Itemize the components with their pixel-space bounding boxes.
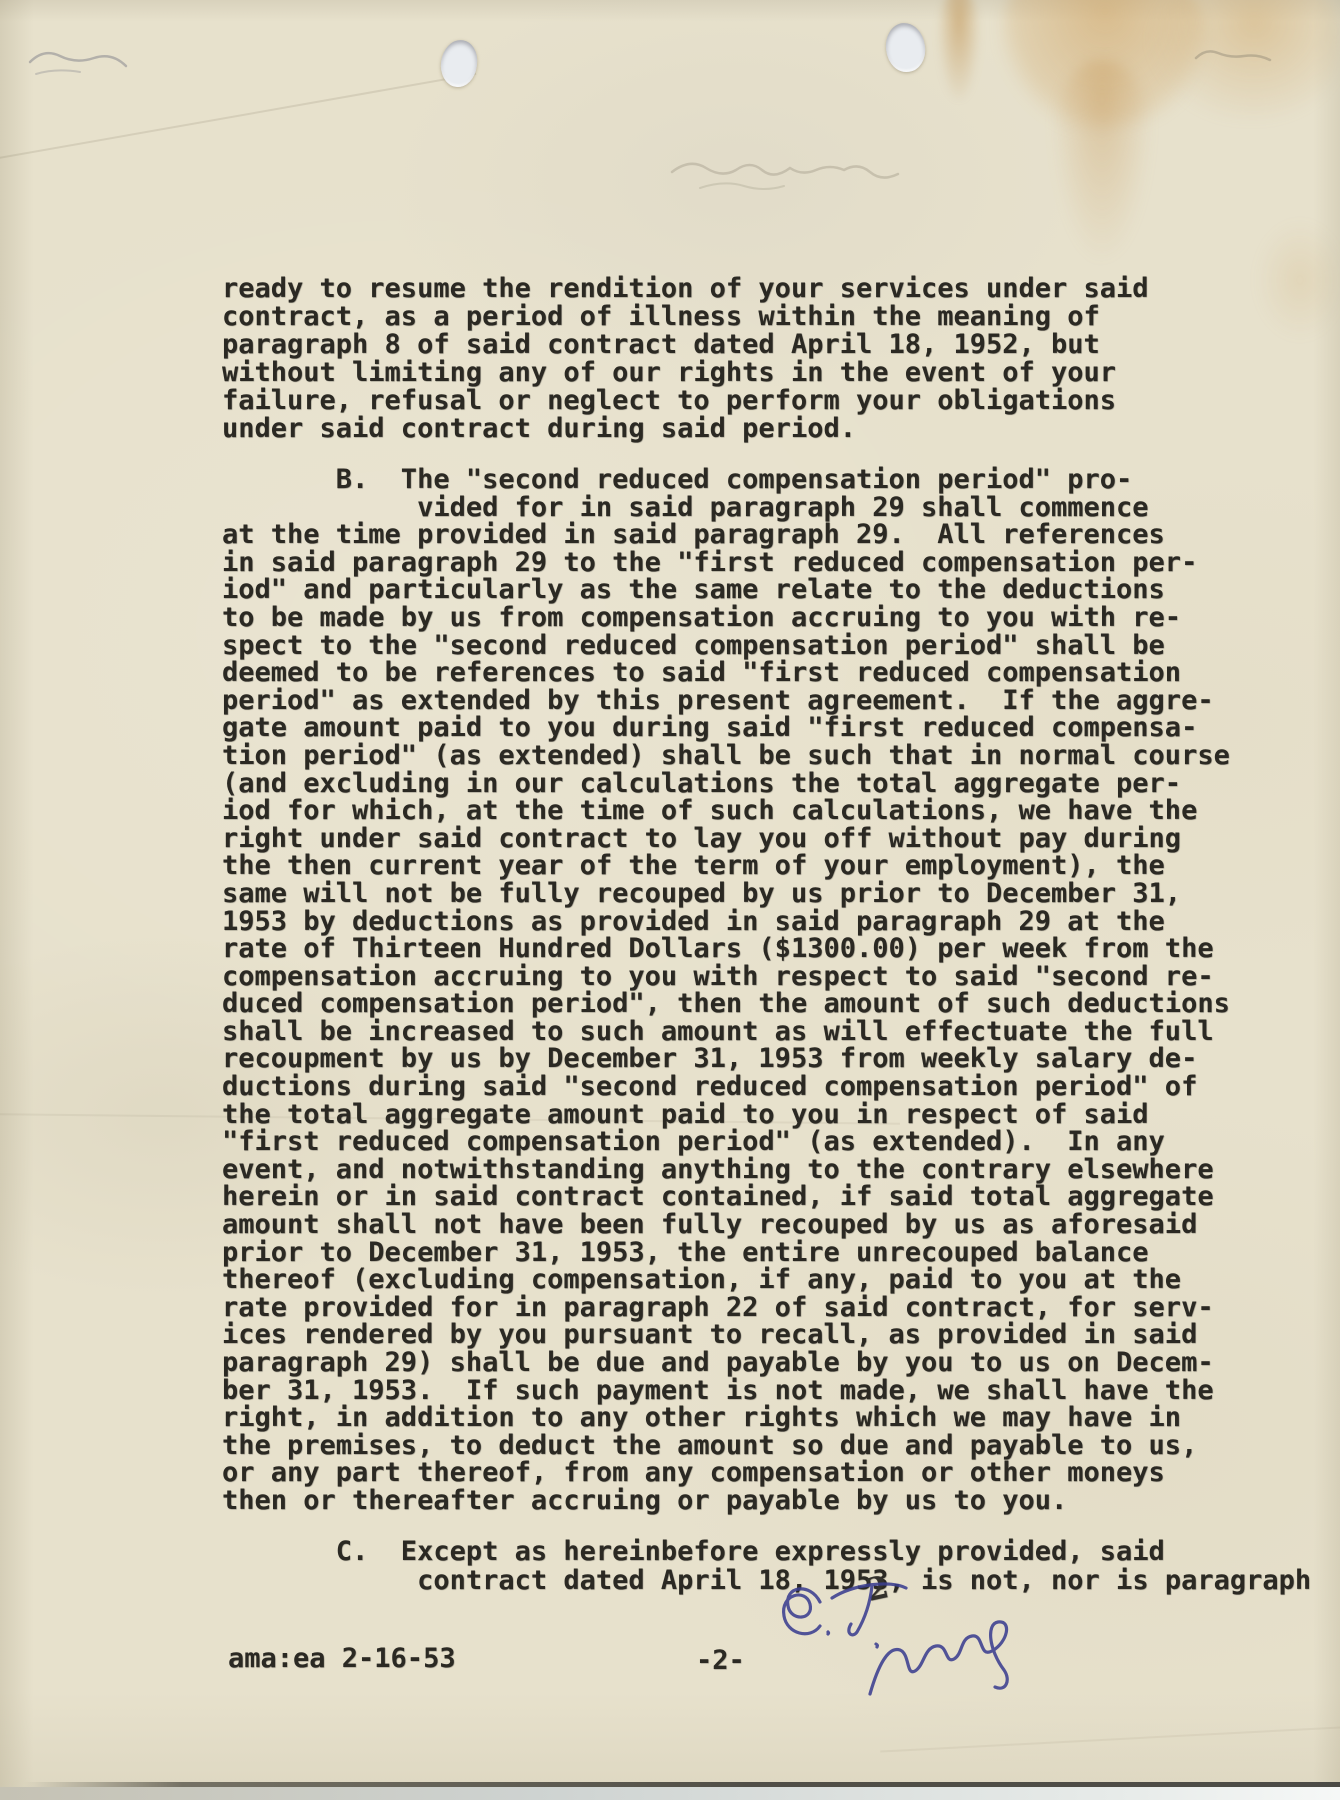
paper-crease	[0, 73, 476, 165]
paragraph-continuation: ready to resume the rendition of your se…	[222, 275, 1149, 443]
typewritten-line: ductions during said "second reduced com…	[222, 1073, 1230, 1101]
typewritten-line: under said contract during said period.	[222, 415, 1149, 443]
paragraph-b: B. The "second reduced compensation peri…	[222, 466, 1230, 1515]
typewritten-line: without limiting any of our rights in th…	[222, 359, 1149, 387]
typewritten-line: right under said contract to lay you off…	[222, 825, 1230, 853]
typewritten-line: (and excluding in our calculations the t…	[222, 770, 1230, 798]
coffee-stain	[1052, 60, 1152, 260]
typewritten-line: herein or in said contract contained, if…	[222, 1183, 1230, 1211]
faint-pencil-marks	[0, 0, 1340, 260]
typewritten-line: recoupment by us by December 31, 1953 fr…	[222, 1045, 1230, 1073]
typewritten-line: B. The "second reduced compensation peri…	[222, 466, 1230, 494]
typewritten-line: tion period" (as extended) shall be such…	[222, 742, 1230, 770]
page-number: -2-	[696, 1645, 745, 1676]
typewritten-line: rate provided for in paragraph 22 of sai…	[222, 1294, 1230, 1322]
typewritten-line: spect to the "second reduced compensatio…	[222, 632, 1230, 660]
typewritten-line: right, in addition to any other rights w…	[222, 1404, 1230, 1432]
punch-hole-left	[438, 38, 479, 89]
typewritten-line: iod" and particularly as the same relate…	[222, 576, 1230, 604]
typewritten-line: deemed to be references to said "first r…	[222, 659, 1230, 687]
typewritten-line: rate of Thirteen Hundred Dollars ($1300.…	[222, 935, 1230, 963]
typewritten-line: paragraph 29) shall be due and payable b…	[222, 1349, 1230, 1377]
typewritten-line: duced compensation period", then the amo…	[222, 990, 1230, 1018]
typewritten-line: the total aggregate amount paid to you i…	[222, 1101, 1230, 1129]
coffee-stain	[1255, 220, 1340, 340]
coffee-stain	[1150, 0, 1340, 120]
typewritten-line: "first reduced compensation period" (as …	[222, 1128, 1230, 1156]
typewritten-line: failure, refusal or neglect to perform y…	[222, 387, 1149, 415]
signature-initials	[758, 1558, 1078, 1713]
typewritten-line: in said paragraph 29 to the "first reduc…	[222, 549, 1230, 577]
typewritten-line: compensation accruing to you with respec…	[222, 963, 1230, 991]
typewritten-line: the then current year of the term of you…	[222, 852, 1230, 880]
scanner-background	[0, 1787, 1340, 1800]
punch-hole-right	[884, 21, 928, 74]
typewritten-line: prior to December 31, 1953, the entire u…	[222, 1239, 1230, 1267]
typewritten-line: gate amount paid to you during said "fir…	[222, 714, 1230, 742]
typewritten-line: thereof (excluding compensation, if any,…	[222, 1266, 1230, 1294]
typewritten-line: the premises, to deduct the amount so du…	[222, 1432, 1230, 1460]
typewritten-line: ices rendered by you pursuant to recall,…	[222, 1321, 1230, 1349]
typewritten-line: 1953 by deductions as provided in said p…	[222, 908, 1230, 936]
coffee-stain	[1000, 0, 1210, 130]
typewritten-line: event, and notwithstanding anything to t…	[222, 1156, 1230, 1184]
typewritten-line: then or thereafter accruing or payable b…	[222, 1487, 1230, 1515]
typewritten-line: to be made by us from compensation accru…	[222, 604, 1230, 632]
typewritten-line: ready to resume the rendition of your se…	[222, 275, 1149, 303]
typewritten-line: at the time provided in said paragraph 2…	[222, 521, 1230, 549]
typewritten-line: paragraph 8 of said contract dated April…	[222, 331, 1149, 359]
typist-reference-and-date: ama:ea 2-16-53	[228, 1643, 456, 1674]
paper-crease	[880, 1725, 1340, 1752]
coffee-stain	[938, 0, 980, 100]
typewritten-line: ber 31, 1953. If such payment is not mad…	[222, 1377, 1230, 1405]
typewritten-line: same will not be fully recouped by us pr…	[222, 880, 1230, 908]
typewritten-line: amount shall not have been fully recoupe…	[222, 1211, 1230, 1239]
typewritten-line: or any part thereof, from any compensati…	[222, 1459, 1230, 1487]
typewritten-line: contract, as a period of illness within …	[222, 303, 1149, 331]
scanned-document-page: ready to resume the rendition of your se…	[0, 0, 1340, 1800]
typewritten-line: period" as extended by this present agre…	[222, 687, 1230, 715]
typewritten-line: shall be increased to such amount as wil…	[222, 1018, 1230, 1046]
typewritten-line: vided for in said paragraph 29 shall com…	[222, 494, 1230, 522]
typewritten-line: iod for which, at the time of such calcu…	[222, 797, 1230, 825]
